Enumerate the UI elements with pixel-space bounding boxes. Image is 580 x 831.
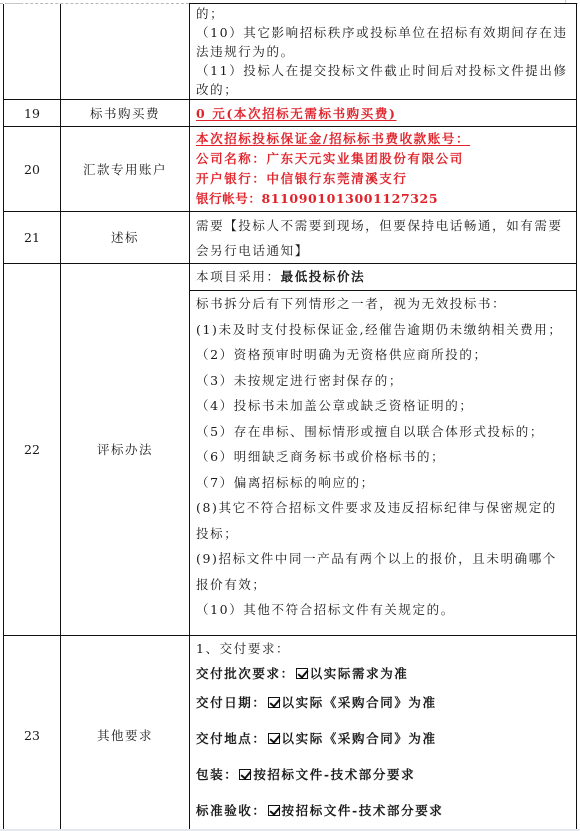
checked-checkbox-icon [268,733,280,744]
list-item: （7）偏离招标标的响应的； [196,470,572,496]
continued-line: （11）投标人在提交投标文件截止时间后对投标文件提出修 [196,61,572,80]
list-item: (8)其它不符合招标文件要求及违反招标纪律与保密规定的 [196,495,572,521]
continued-line: （10）其它影响招标秩序或投标单位在招标有效期间存在违 [196,23,572,42]
requirement-value: 按招标文件-技术部分要求 [253,767,415,782]
bank-name: 开户银行：中信银行东莞清溪支行 [196,169,572,189]
row-label: 标书购买费 [61,100,190,127]
bid-document-fee: 0 元(本次招标无需标书购买费) [196,106,396,121]
requirement-key: 包装： [196,767,238,782]
table-row-21: 21 述标 需要【投标人不需要到现场，但要保持电话畅通，如有需要 会另行电话通知… [4,212,577,264]
list-item: (1)未及时支付投标保证金,经催告逾期仍未缴纳相关费用； [196,317,572,343]
requirement-key: 交付批次要求： [196,666,295,681]
list-item: （4）投标书未加盖公章或缺乏资格证明的； [196,393,572,419]
account-heading: 本次招标投标保证金/招标标书费收款账号： [196,129,572,149]
evaluation-method: 本项目采用：最低投标价法 [196,264,572,290]
table-row-continued: 的； （10）其它影响招标秩序或投标单位在招标有效期间存在违 法违规行为的。 （… [4,4,577,100]
requirement-key: 交付地点： [196,731,267,746]
requirement-key: 标准验收： [196,803,267,818]
checked-checkbox-icon [239,769,251,780]
list-item: （5）存在串标、围标情形或擅自以联合体形式投标的； [196,419,572,445]
requirement-item: 交付地点：以实际《采购合同》为准 [196,729,572,748]
row-content: 本项目采用：最低投标价法 标书拆分后有下列情形之一者，视为无效投标书： (1)未… [190,264,577,636]
list-item: 投标； [196,521,572,547]
row-content: 1、交付要求： 交付批次要求：以实际需求为准 交付日期：以实际《采购合同》为准 … [190,636,577,831]
list-item: （3）未按规定进行密封保存的； [196,368,572,394]
list-item: （10）其他不符合招标文件有关规定的。 [196,597,572,623]
presentation-line: 需要【投标人不需要到现场，但要保持电话畅通，如有需要 [196,213,572,238]
invalid-bid-list: 标书拆分后有下列情形之一者，视为无效投标书： (1)未及时支付投标保证金,经催告… [190,290,576,623]
row-label: 评标办法 [61,264,190,636]
requirement-value: 以实际需求为准 [310,666,409,681]
method-prefix: 本项目采用： [196,269,281,284]
row-content-cell: 的； （10）其它影响招标秩序或投标单位在招标有效期间存在违 法违规行为的。 （… [190,4,577,100]
list-item: (9)招标文件中同一产品有两个以上的报价，且未明确哪个 [196,546,572,572]
checked-checkbox-icon [296,668,308,679]
row-number: 19 [4,100,61,127]
row-label: 述标 [61,212,190,264]
requirement-item: 包装：按招标文件-技术部分要求 [196,765,572,784]
row-content: 需要【投标人不需要到现场，但要保持电话畅通，如有需要 会另行电话通知】 [190,212,577,264]
requirement-value: 按招标文件-技术部分要求 [282,803,444,818]
list-item: （6）明细缺乏商务标书或价格标书的； [196,444,572,470]
row-label: 汇款专用账户 [61,127,190,212]
document-page: 的； （10）其它影响招标秩序或投标单位在招标有效期间存在违 法违规行为的。 （… [0,0,580,831]
checked-checkbox-icon [268,697,280,708]
row-number: 22 [4,264,61,636]
row-content: 本次招标投标保证金/招标标书费收款账号： 公司名称：广东天元实业集团股份有限公司… [190,127,577,212]
row-label-cell [61,4,190,100]
row-number: 20 [4,127,61,212]
requirement-item: 交付批次要求：以实际需求为准 [196,664,572,683]
requirement-item: 标准验收：按招标文件-技术部分要求 [196,801,572,820]
bid-terms-table: 的； （10）其它影响招标秩序或投标单位在招标有效期间存在违 法违规行为的。 （… [3,3,577,831]
requirement-key: 交付日期： [196,695,267,710]
continued-line: 改的； [196,80,572,99]
invalid-bid-intro: 标书拆分后有下列情形之一者，视为无效投标书： [196,291,572,317]
delivery-title: 1、交付要求： [196,636,572,662]
requirement-value: 以实际《采购合同》为准 [282,731,437,746]
requirement-item: 交付日期：以实际《采购合同》为准 [196,693,572,712]
table-row-19: 19 标书购买费 0 元(本次招标无需标书购买费) [4,100,577,127]
row-number-cell [4,4,61,100]
row-number: 21 [4,212,61,264]
bank-account-number: 银行帐号：8110901013001127325 [196,189,572,209]
row-number: 23 [4,636,61,831]
list-item: （2）资格预审时明确为无资格供应商所投的； [196,342,572,368]
list-item: 报价有效； [196,572,572,598]
continued-line: 的； [196,4,572,23]
table-row-20: 20 汇款专用账户 本次招标投标保证金/招标标书费收款账号： 公司名称：广东天元… [4,127,577,212]
checked-checkbox-icon [268,805,280,816]
table-row-22: 22 评标办法 本项目采用：最低投标价法 标书拆分后有下列情形之一者，视为无效投… [4,264,577,636]
table-row-23: 23 其他要求 1、交付要求： 交付批次要求：以实际需求为准 交付日期：以实际《… [4,636,577,831]
requirement-value: 以实际《采购合同》为准 [282,695,437,710]
continued-line: 法违规行为的。 [196,42,572,61]
presentation-line: 会另行电话通知】 [196,238,572,263]
method-value: 最低投标价法 [281,269,366,284]
company-name: 公司名称：广东天元实业集团股份有限公司 [196,149,572,169]
row-content: 0 元(本次招标无需标书购买费) [190,100,577,127]
row-label: 其他要求 [61,636,190,831]
